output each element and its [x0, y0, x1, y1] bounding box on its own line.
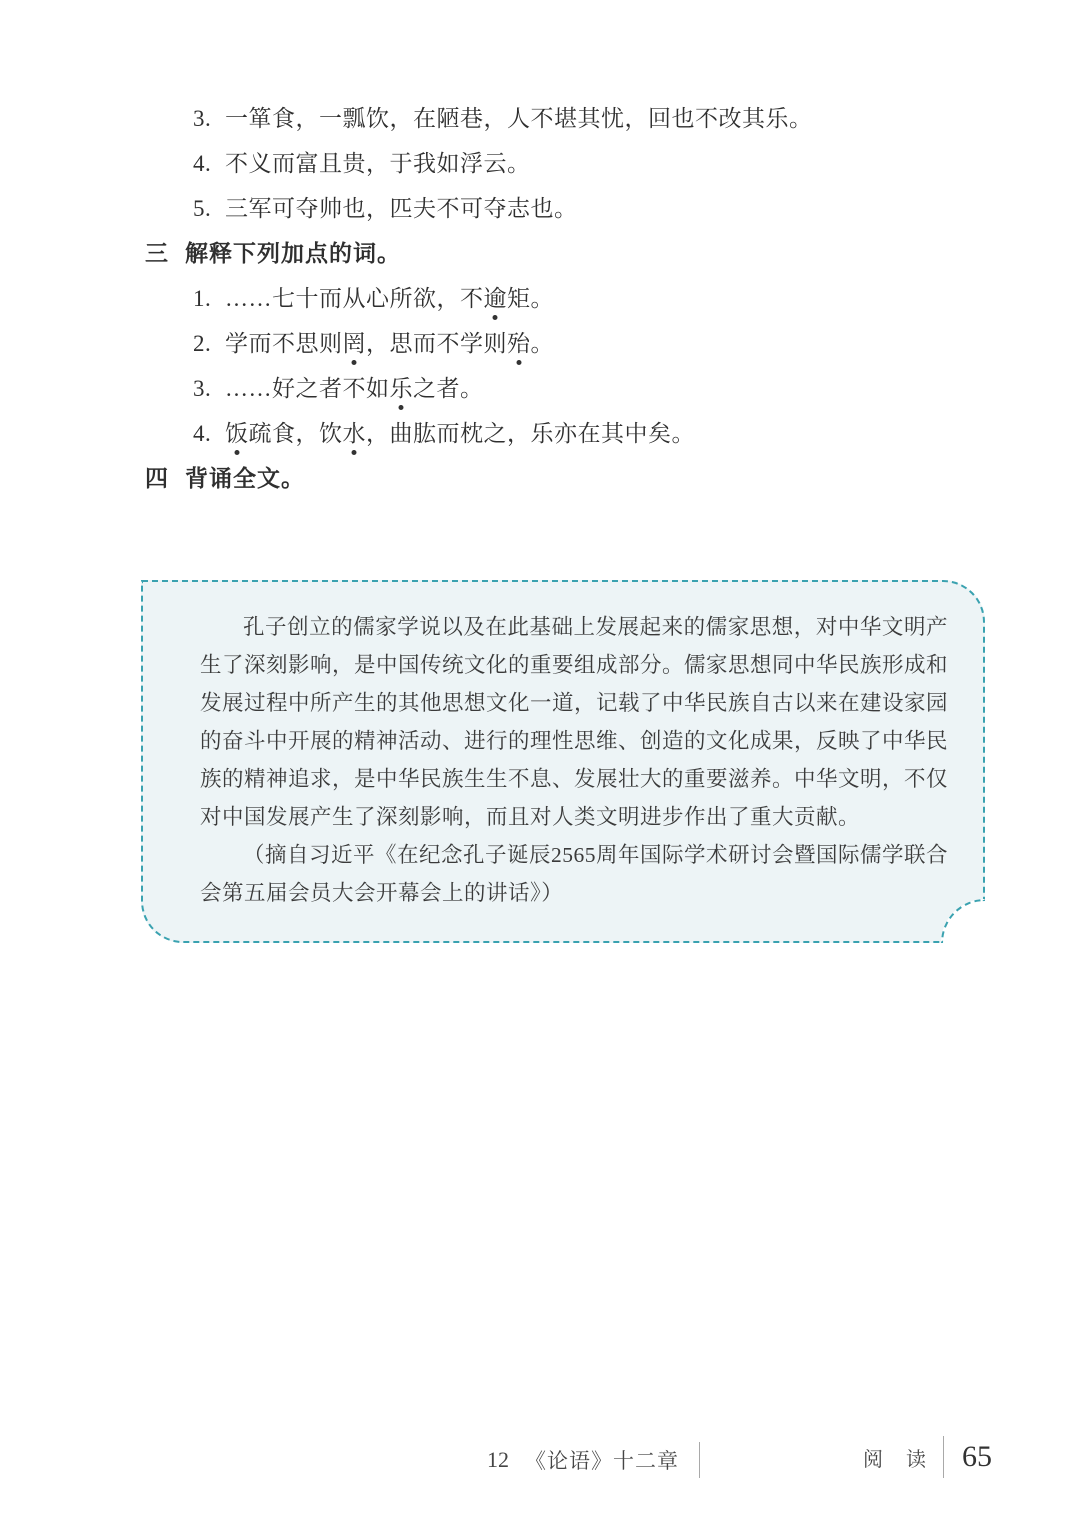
- text-run: ，思而不学则: [366, 331, 507, 356]
- item-text: 不义而富且贵，于我如浮云。: [225, 151, 531, 176]
- item-text: ……好之者不如乐之者。: [225, 376, 484, 401]
- emphasized-char: 逾: [484, 286, 508, 311]
- footer-page-info: 阅 读 65: [863, 1436, 992, 1478]
- section-title: 解释下列加点的词。: [185, 241, 401, 266]
- item-number: 3.: [193, 374, 225, 404]
- item-number: 1.: [193, 284, 225, 314]
- section-three-item-2: 2.学而不思则罔，思而不学则殆。: [145, 329, 955, 359]
- item-number: 3.: [193, 104, 225, 134]
- section-four-heading: 四背诵全文。: [145, 464, 955, 494]
- section-title: 背诵全文。: [185, 466, 305, 491]
- emphasized-char: 水: [343, 421, 367, 446]
- section-three-item-3: 3.……好之者不如乐之者。: [145, 374, 955, 404]
- item-number: 4.: [193, 149, 225, 179]
- text-run: 矩。: [507, 286, 554, 311]
- section-three-heading: 三解释下列加点的词。: [145, 239, 955, 269]
- footer-divider: [943, 1436, 944, 1478]
- lesson-title: 《论语》十二章: [525, 1445, 679, 1475]
- text-run: 一箪食，一瓢饮，在陋巷，人不堪其忧，回也不改其乐。: [225, 106, 813, 131]
- item-text: 饭疏食，饮水，曲肱而枕之，乐亦在其中矣。: [225, 421, 695, 446]
- item-text: ……七十而从心所欲，不逾矩。: [225, 286, 554, 311]
- item-number: 2.: [193, 329, 225, 359]
- section-marker: 四: [145, 464, 185, 494]
- section-three-item-1: 1.……七十而从心所欲，不逾矩。: [145, 284, 955, 314]
- item-text: 学而不思则罔，思而不学则殆。: [225, 331, 554, 356]
- page-number: 65: [962, 1440, 992, 1474]
- quote-paragraph: 孔子创立的儒家学说以及在此基础上发展起来的儒家思想，对中华文明产生了深刻影响，是…: [200, 608, 948, 836]
- text-run: 。: [531, 331, 555, 356]
- text-run: 三军可夺帅也，匹夫不可夺志也。: [225, 196, 578, 221]
- unit-section-label: 阅 读: [863, 1443, 935, 1472]
- item-number: 5.: [193, 194, 225, 224]
- footer-divider: [699, 1442, 700, 1478]
- item-text: 一箪食，一瓢饮，在陋巷，人不堪其忧，回也不改其乐。: [225, 106, 813, 131]
- emphasized-char: 饭: [225, 421, 249, 446]
- text-run: 不义而富且贵，于我如浮云。: [225, 151, 531, 176]
- text-run: 学而不思则: [225, 331, 343, 356]
- text-run: ……七十而从心所欲，不: [225, 286, 484, 311]
- section-marker: 三: [145, 239, 185, 269]
- quote-box: 孔子创立的儒家学说以及在此基础上发展起来的儒家思想，对中华文明产生了深刻影响，是…: [141, 580, 985, 943]
- text-run: ……好之者不如: [225, 376, 390, 401]
- textbook-page: 3.一箪食，一瓢饮，在陋巷，人不堪其忧，回也不改其乐。 4.不义而富且贵，于我如…: [0, 0, 1080, 1526]
- footer-lesson-info: 12 《论语》十二章: [487, 1442, 700, 1478]
- exercise-item-4: 4.不义而富且贵，于我如浮云。: [145, 149, 955, 179]
- emphasized-char: 罔: [343, 331, 367, 356]
- emphasized-char: 乐: [390, 376, 414, 401]
- section-three-item-4: 4.饭疏食，饮水，曲肱而枕之，乐亦在其中矣。: [145, 419, 955, 449]
- item-text: 三军可夺帅也，匹夫不可夺志也。: [225, 196, 578, 221]
- exercise-item-3: 3.一箪食，一瓢饮，在陋巷，人不堪其忧，回也不改其乐。: [145, 104, 955, 134]
- quote-attribution: （摘自习近平《在纪念孔子诞辰2565周年国际学术研讨会暨国际儒学联合会第五届会员…: [200, 836, 948, 912]
- lesson-number: 12: [487, 1447, 509, 1473]
- exercise-item-5: 5.三军可夺帅也，匹夫不可夺志也。: [145, 194, 955, 224]
- item-number: 4.: [193, 419, 225, 449]
- exercise-list: 3.一箪食，一瓢饮，在陋巷，人不堪其忧，回也不改其乐。 4.不义而富且贵，于我如…: [145, 104, 955, 509]
- emphasized-char: 殆: [507, 331, 531, 356]
- text-run: 疏食，饮: [249, 421, 343, 446]
- text-run: ，曲肱而枕之，乐亦在其中矣。: [366, 421, 695, 446]
- text-run: 之者。: [413, 376, 484, 401]
